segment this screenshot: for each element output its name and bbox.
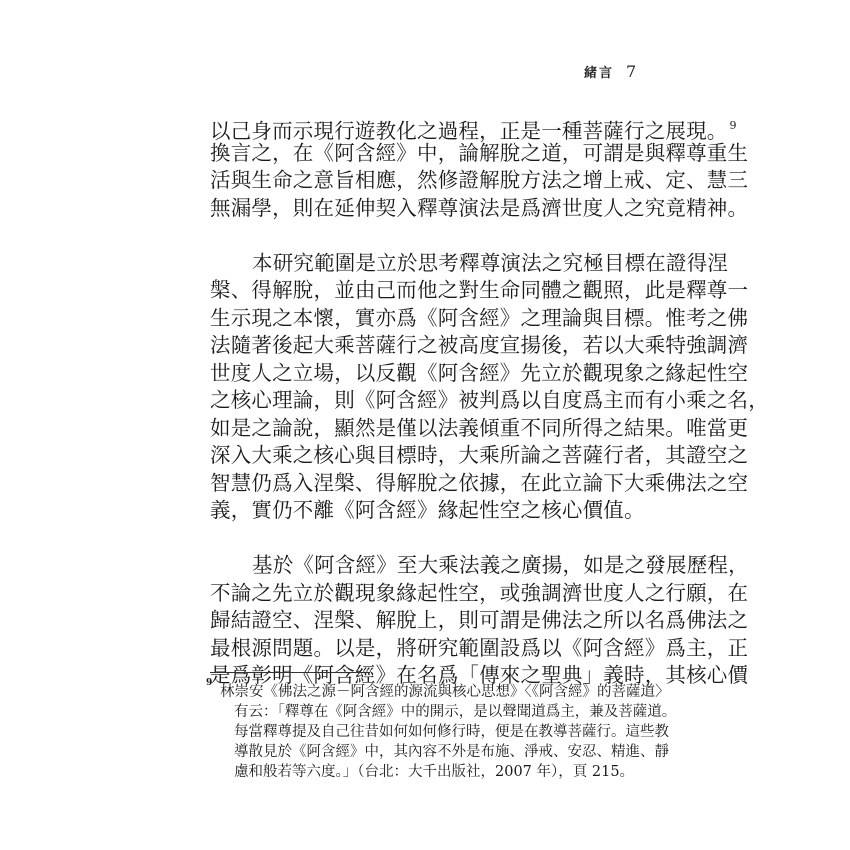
body-text: 以己身而示現行遊教化之過程，正是一種菩薩行之展現。9 換言之，在《阿含經》中，論… — [210, 112, 650, 690]
text-line: 無漏學，則在延伸契入釋尊演法是爲濟世度人之究竟精神。 — [210, 195, 650, 223]
footnote-line: 慮和般若等六度。」（台北：大千出版社，2007 年），頁 215。 — [206, 762, 656, 782]
text-line: 生示現之本懷，實亦爲《阿含經》之理論與目標。惟考之佛 — [210, 305, 650, 333]
paragraph-3: 基於《阿含經》至大乘法義之廣揚，如是之發展歷程， 不論之先立於觀現象緣起性空，或… — [210, 552, 650, 690]
text-line: 歸結證空、涅槃、解脫上，則可謂是佛法之所以名爲佛法之 — [210, 607, 650, 635]
text-line: 義，實仍不離《阿含經》緣起性空之核心價值。 — [210, 497, 650, 525]
text-line: 以己身而示現行遊教化之過程，正是一種菩薩行之展現。9 — [210, 112, 650, 140]
text-line: 最根源問題。以是，將研究範圍設爲以《阿含經》爲主，正 — [210, 635, 650, 663]
footnote-line: 導散見於《阿含經》中，其內容不外是布施、淨戒、安忍、精進、靜 — [206, 742, 656, 762]
footnote-line: 每當釋尊提及自己往昔如何如何修行時，便是在教導菩薩行。這些教 — [206, 722, 656, 742]
text-line: 如是之論說，顯然是僅以法義傾重不同所得之結果。唯當更 — [210, 415, 650, 443]
text-line: 本研究範圍是立於思考釋尊演法之究極目標在證得涅 — [210, 250, 650, 278]
book-page: 緒言7 以己身而示現行遊教化之過程，正是一種菩薩行之展現。9 換言之，在《阿含經… — [0, 0, 850, 850]
footnote-line: 林崇安《佛法之源－阿含經的源流與核心思想》〈《阿含經》的菩薩道〉 — [206, 682, 656, 702]
text-line: 基於《阿含經》至大乘法義之廣揚，如是之發展歷程， — [210, 552, 650, 580]
running-head: 緒言7 — [584, 62, 638, 81]
paragraph-spacer — [210, 222, 650, 250]
footnote-reference[interactable]: 9 — [730, 119, 737, 132]
footnote-separator — [210, 672, 370, 673]
text-line: 法隨著後起大乘菩薩行之被高度宣揚後，若以大乘特強調濟 — [210, 332, 650, 360]
paragraph-1: 以己身而示現行遊教化之過程，正是一種菩薩行之展現。9 換言之，在《阿含經》中，論… — [210, 112, 650, 222]
text-line: 智慧仍爲入涅槃、得解脫之依據，在此立論下大乘佛法之空 — [210, 470, 650, 498]
text-line: 深入大乘之核心與目標時，大乘所論之菩薩行者，其證空之 — [210, 442, 650, 470]
paragraph-spacer — [210, 525, 650, 553]
footnote-marker: 9 — [206, 678, 212, 688]
text-line: 不論之先立於觀現象緣起性空，或強調濟世度人之行願，在 — [210, 580, 650, 608]
text-line: 之核心理論，則《阿含經》被判爲以自度爲主而有小乘之名， — [210, 387, 650, 415]
text-line: 世度人之立場，以反觀《阿含經》先立於觀現象之緣起性空 — [210, 360, 650, 388]
text-line: 活與生命之意旨相應，然修證解脫方法之增上戒、定、慧三 — [210, 167, 650, 195]
footnote-line: 有云：「釋尊在《阿含經》中的開示，是以聲聞道爲主，兼及菩薩道。 — [206, 702, 656, 722]
chapter-title: 緒言 — [584, 66, 614, 81]
footnote-9: 9 林崇安《佛法之源－阿含經的源流與核心思想》〈《阿含經》的菩薩道〉 有云：「釋… — [206, 682, 656, 782]
paragraph-2: 本研究範圍是立於思考釋尊演法之究極目標在證得涅 槃、得解脫，並由己而他之對生命同… — [210, 250, 650, 525]
page-number: 7 — [626, 62, 638, 81]
text-line: 槃、得解脫，並由己而他之對生命同體之觀照，此是釋尊一 — [210, 277, 650, 305]
text-line: 換言之，在《阿含經》中，論解脫之道，可謂是與釋尊重生 — [210, 140, 650, 168]
